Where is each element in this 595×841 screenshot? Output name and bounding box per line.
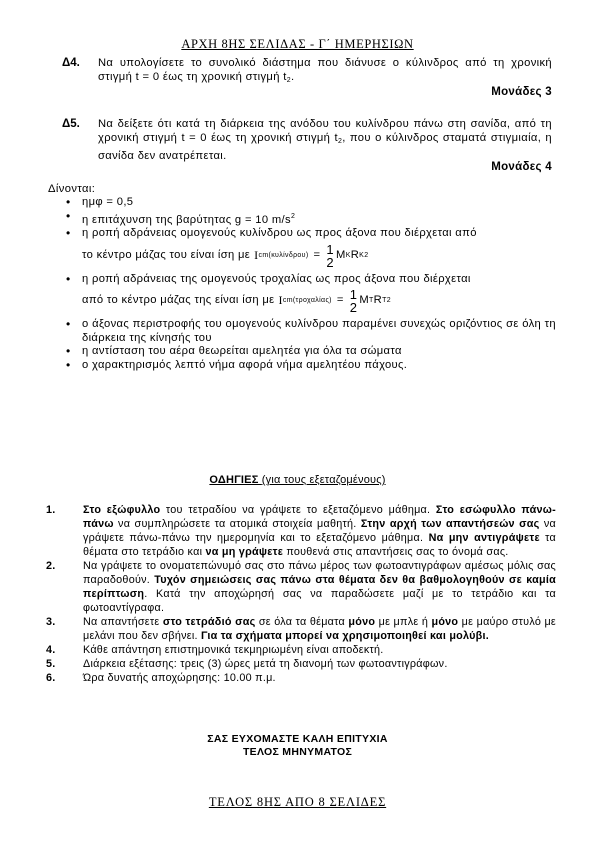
instructions-title: ΟΔΗΓΙΕΣ (για τους εξεταζομένους) [0, 474, 595, 486]
given-item-axis: ο άξονας περιστροφής του ομογενούς κυλίν… [62, 318, 556, 345]
instruction-number: 5. [46, 657, 56, 671]
instruction-number: 6. [46, 671, 56, 685]
question-text: Να δείξετε ότι κατά τη διάρκεια της ανόδ… [98, 117, 552, 163]
closing-line-1: ΣΑΣ ΕΥΧΟΜΑΣΤΕ ΚΑΛΗ ΕΠΙΤΥΧΙΑ [0, 733, 595, 746]
question-number: Δ4. [62, 56, 80, 70]
given-item-pulley-inertia: η ροπή αδράνειας της ομογενούς τροχαλίας… [62, 273, 556, 317]
page-footer: ΤΕΛΟΣ 8ΗΣ ΑΠΟ 8 ΣΕΛΙΔΕΣ [0, 795, 595, 810]
instruction-item: 4.Κάθε απάντηση επιστημονικά τεκμηριωμέν… [46, 643, 556, 657]
closing-message: ΣΑΣ ΕΥΧΟΜΑΣΤΕ ΚΑΛΗ ΕΠΙΤΥΧΙΑ ΤΕΛΟΣ ΜΗΝΥΜΑ… [0, 733, 595, 759]
instruction-item: 1.Στο εξώφυλλο του τετραδίου να γράψετε … [46, 503, 556, 559]
fraction: 12 [326, 243, 334, 269]
instruction-number: 1. [46, 503, 56, 517]
marks-d4: Μονάδες 3 [491, 86, 552, 98]
instruction-item: 2.Να γράψετε το ονοματεπώνυμό σας στο πά… [46, 559, 556, 615]
page-header: ΑΡΧΗ 8ΗΣ ΣΕΛΙΔΑΣ - Γ΄ ΗΜΕΡΗΣΙΩΝ [0, 37, 595, 52]
instructions-list: 1.Στο εξώφυλλο του τετραδίου να γράψετε … [46, 503, 556, 685]
closing-line-2: ΤΕΛΟΣ ΜΗΝΥΜΑΤΟΣ [0, 746, 595, 759]
question-number: Δ5. [62, 117, 80, 131]
instruction-item: 3.Να απαντήσετε στο τετράδιό σας σε όλα … [46, 615, 556, 643]
given-list: ημφ = 0,5 η επιτάχυνση της βαρύτητας g =… [62, 196, 556, 372]
instruction-item: 5.Διάρκεια εξέτασης: τρεις (3) ώρες μετά… [46, 657, 556, 671]
given-item-cylinder-inertia: η ροπή αδράνειας ομογενούς κυλίνδρου ως … [62, 227, 556, 271]
given-item-thread: ο χαρακτηρισμός λεπτό νήμα αφορά νήμα αμ… [62, 359, 556, 373]
page-header-text: ΑΡΧΗ 8ΗΣ ΣΕΛΙΔΑΣ - Γ΄ ΗΜΕΡΗΣΙΩΝ [181, 37, 413, 51]
instruction-number: 3. [46, 615, 56, 629]
given-item-sin: ημφ = 0,5 [62, 196, 556, 210]
instruction-number: 2. [46, 559, 56, 573]
fraction: 12 [350, 288, 358, 314]
question-d4: Δ4. Να υπολογίσετε το συνολικό διάστημα … [62, 56, 552, 88]
instruction-item: 6.Ώρα δυνατής αποχώρησης: 10.00 π.μ. [46, 671, 556, 685]
given-item-air: η αντίσταση του αέρα θεωρείται αμελητέα … [62, 345, 556, 359]
given-item-gravity: η επιτάχυνση της βαρύτητας g = 10 m/s2 [62, 210, 556, 228]
given-title: Δίνονται: [48, 183, 95, 195]
instruction-number: 4. [46, 643, 56, 657]
page-footer-text: ΤΕΛΟΣ 8ΗΣ ΑΠΟ 8 ΣΕΛΙΔΕΣ [209, 795, 386, 809]
marks-d5: Μονάδες 4 [491, 161, 552, 173]
question-text: Να υπολογίσετε το συνολικό διάστημα που … [98, 56, 552, 88]
question-d5: Δ5. Να δείξετε ότι κατά τη διάρκεια της … [62, 117, 552, 163]
